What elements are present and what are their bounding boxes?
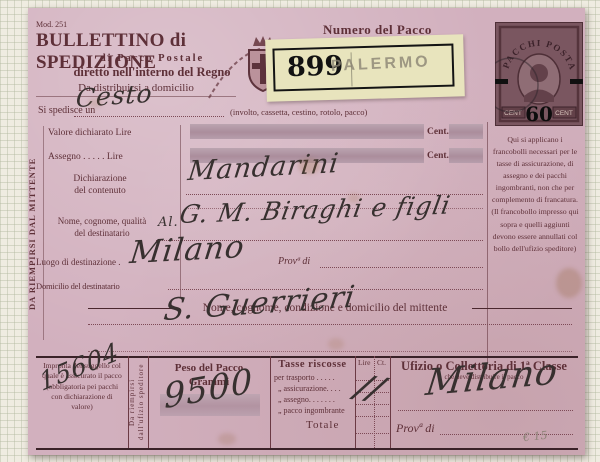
mittente-rule-right bbox=[472, 308, 572, 309]
prov-line bbox=[440, 434, 573, 435]
table-divider-2 bbox=[148, 356, 149, 448]
valore-fill-bar bbox=[190, 124, 424, 139]
contents-handwritten: Mandarini bbox=[186, 150, 340, 185]
fee-cell-row bbox=[356, 434, 389, 448]
dispatch-dotted-line bbox=[74, 116, 224, 117]
col-lire-label: Lire bbox=[358, 359, 371, 368]
parcel-number-box: 899 PALERMO bbox=[272, 44, 454, 92]
tasse-row-assicurazione: „ assicurazione. . . . bbox=[278, 383, 341, 394]
destinatario-handwritten: G. M. Biraghi e figli bbox=[178, 192, 453, 227]
luogo-label: Luogo di destinazione . bbox=[36, 257, 120, 267]
stain bbox=[328, 338, 344, 350]
mittente-line-2 bbox=[88, 351, 572, 352]
origin-city-stamp: PALERMO bbox=[331, 53, 432, 76]
prov-label: Provª di bbox=[396, 422, 435, 436]
table-divider-3 bbox=[270, 356, 271, 448]
stamp-cent-right: CENT bbox=[555, 110, 573, 117]
dispatch-options: (involto, cassetta, cestino, rotolo, pac… bbox=[230, 108, 367, 118]
domicilio-label: Domicilio del destinatario bbox=[36, 282, 120, 292]
dichiarazione-label-1: Dichiarazione bbox=[38, 174, 162, 185]
col-ct-label: Ct. bbox=[377, 359, 386, 368]
table-bottom-rule bbox=[36, 448, 578, 450]
luogo-prov-line bbox=[320, 267, 483, 268]
form-model-number: Mod. 251 bbox=[36, 20, 67, 29]
tasse-row-assegno: „ assegno. . . . . . . bbox=[278, 394, 335, 405]
mittente-line-1 bbox=[88, 324, 572, 325]
destination-city-handwritten: Milano bbox=[128, 232, 246, 269]
pacchi-postali-stamp: PACCHI POSTALI CENT CENT 60 bbox=[495, 22, 583, 126]
ufizio-line bbox=[398, 410, 573, 411]
ufizio-city-handwritten: Milano bbox=[424, 354, 560, 402]
stain bbox=[218, 433, 236, 445]
stain bbox=[556, 268, 582, 298]
tasse-total-label: Totale bbox=[306, 419, 339, 432]
tasse-row-ingombrante: „ pacco ingombrante bbox=[278, 405, 345, 416]
pencil-price-note: € 15 bbox=[522, 429, 548, 444]
luogo-prov-label: Provª di bbox=[278, 256, 310, 268]
assegno-label: Assegno . . . . . Lire bbox=[48, 152, 123, 163]
side-note-divider bbox=[487, 122, 488, 362]
table-divider-5 bbox=[390, 356, 391, 448]
side-note-text: Qui si applicano i francobolli necessari… bbox=[490, 134, 580, 255]
dichiarazione-label-2: del contenuto bbox=[38, 186, 162, 197]
destinatario-prefix-handwritten: Al. bbox=[158, 216, 179, 229]
tasse-header: Tasse riscosse bbox=[272, 359, 353, 371]
dispatch-type-handwritten: Cesto bbox=[75, 81, 153, 112]
destinatario-label-1: Nome, cognome, qualità bbox=[36, 216, 168, 226]
valore-cent-bar bbox=[449, 124, 483, 139]
office-margin-line-2: dall'ufizio speditore bbox=[137, 356, 147, 448]
valore-label: Valore dichiarato Lire bbox=[48, 128, 131, 139]
album-page: { "header": { "mod": "Mod. 251", "title"… bbox=[0, 0, 600, 462]
assegno-cent-label: Cent. bbox=[427, 151, 449, 162]
valore-cent-label: Cent. bbox=[427, 127, 449, 138]
dispatch-form-card: Mod. 251 BULLETTINO di SPEDIZIONE di Pac… bbox=[28, 8, 585, 455]
parcel-number-label: 899 PALERMO bbox=[265, 34, 465, 102]
fee-cell-row bbox=[356, 417, 389, 434]
assegno-cent-bar bbox=[449, 148, 483, 163]
tasse-row-trasporto: per trasporto . . . . . bbox=[274, 372, 335, 383]
